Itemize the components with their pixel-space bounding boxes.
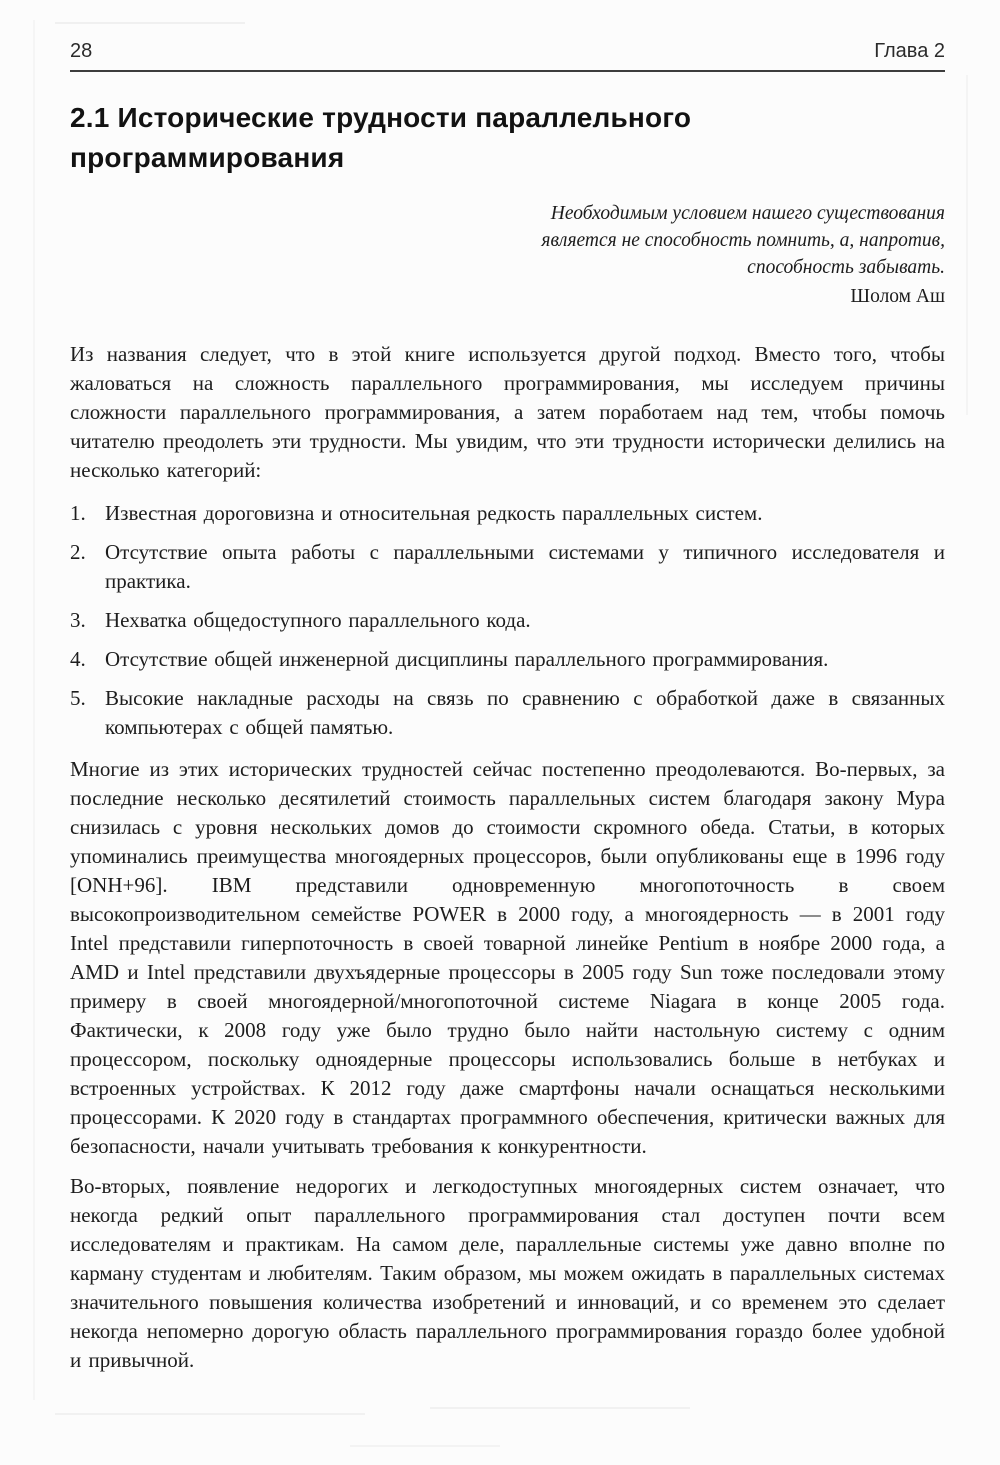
book-page: 28 Глава 2 2.1 Исторические трудности па… <box>0 0 1000 1465</box>
list-item-text: Нехватка общедоступного параллельного ко… <box>105 606 945 635</box>
history-paragraph: Многие из этих исторических трудностей с… <box>70 755 945 1161</box>
list-item-text: Высокие накладные расходы на связь по ср… <box>105 684 945 742</box>
scan-artifact-left-edge <box>33 20 35 1400</box>
intro-paragraph: Из названия следует, что в этой книге ис… <box>70 340 945 485</box>
epigraph-line: способность забывать. <box>70 254 945 281</box>
list-item: 3. Нехватка общедоступного параллельного… <box>70 606 945 635</box>
list-item-number: 1. <box>70 499 105 528</box>
epigraph-line: Необходимым условием нашего существовани… <box>70 200 945 227</box>
list-item-number: 5. <box>70 684 105 742</box>
section-title: 2.1 Исторические трудности параллельного… <box>70 98 800 178</box>
page-content: 28 Глава 2 2.1 Исторические трудности па… <box>70 40 945 1386</box>
list-item-text: Отсутствие опыта работы с параллельными … <box>105 538 945 596</box>
chapter-label: Глава 2 <box>874 40 945 63</box>
scan-artifact-top <box>55 22 245 24</box>
numbered-list: 1. Известная дороговизна и относительная… <box>70 499 945 742</box>
epigraph-attribution: Шолом Аш <box>70 283 945 310</box>
list-item-text: Известная дороговизна и относительная ре… <box>105 499 945 528</box>
scan-artifact-bottom <box>55 1413 365 1415</box>
epigraph: Необходимым условием нашего существовани… <box>70 200 945 310</box>
scan-artifact-bottom <box>430 1407 690 1409</box>
list-item: 5. Высокие накладные расходы на связь по… <box>70 684 945 742</box>
list-item-number: 4. <box>70 645 105 674</box>
list-item-number: 2. <box>70 538 105 596</box>
list-item: 1. Известная дороговизна и относительная… <box>70 499 945 528</box>
epigraph-line: является не способность помнить, а, напр… <box>70 227 945 254</box>
closing-paragraph: Во-вторых, появление недорогих и легкодо… <box>70 1172 945 1375</box>
list-item-text: Отсутствие общей инженерной дисциплины п… <box>105 645 945 674</box>
running-header: 28 Глава 2 <box>70 40 945 72</box>
page-number: 28 <box>70 40 92 63</box>
scan-artifact-right-edge <box>966 75 968 415</box>
list-item: 4. Отсутствие общей инженерной дисциплин… <box>70 645 945 674</box>
list-item: 2. Отсутствие опыта работы с параллельны… <box>70 538 945 596</box>
list-item-number: 3. <box>70 606 105 635</box>
scan-artifact-bottom <box>350 1445 500 1447</box>
